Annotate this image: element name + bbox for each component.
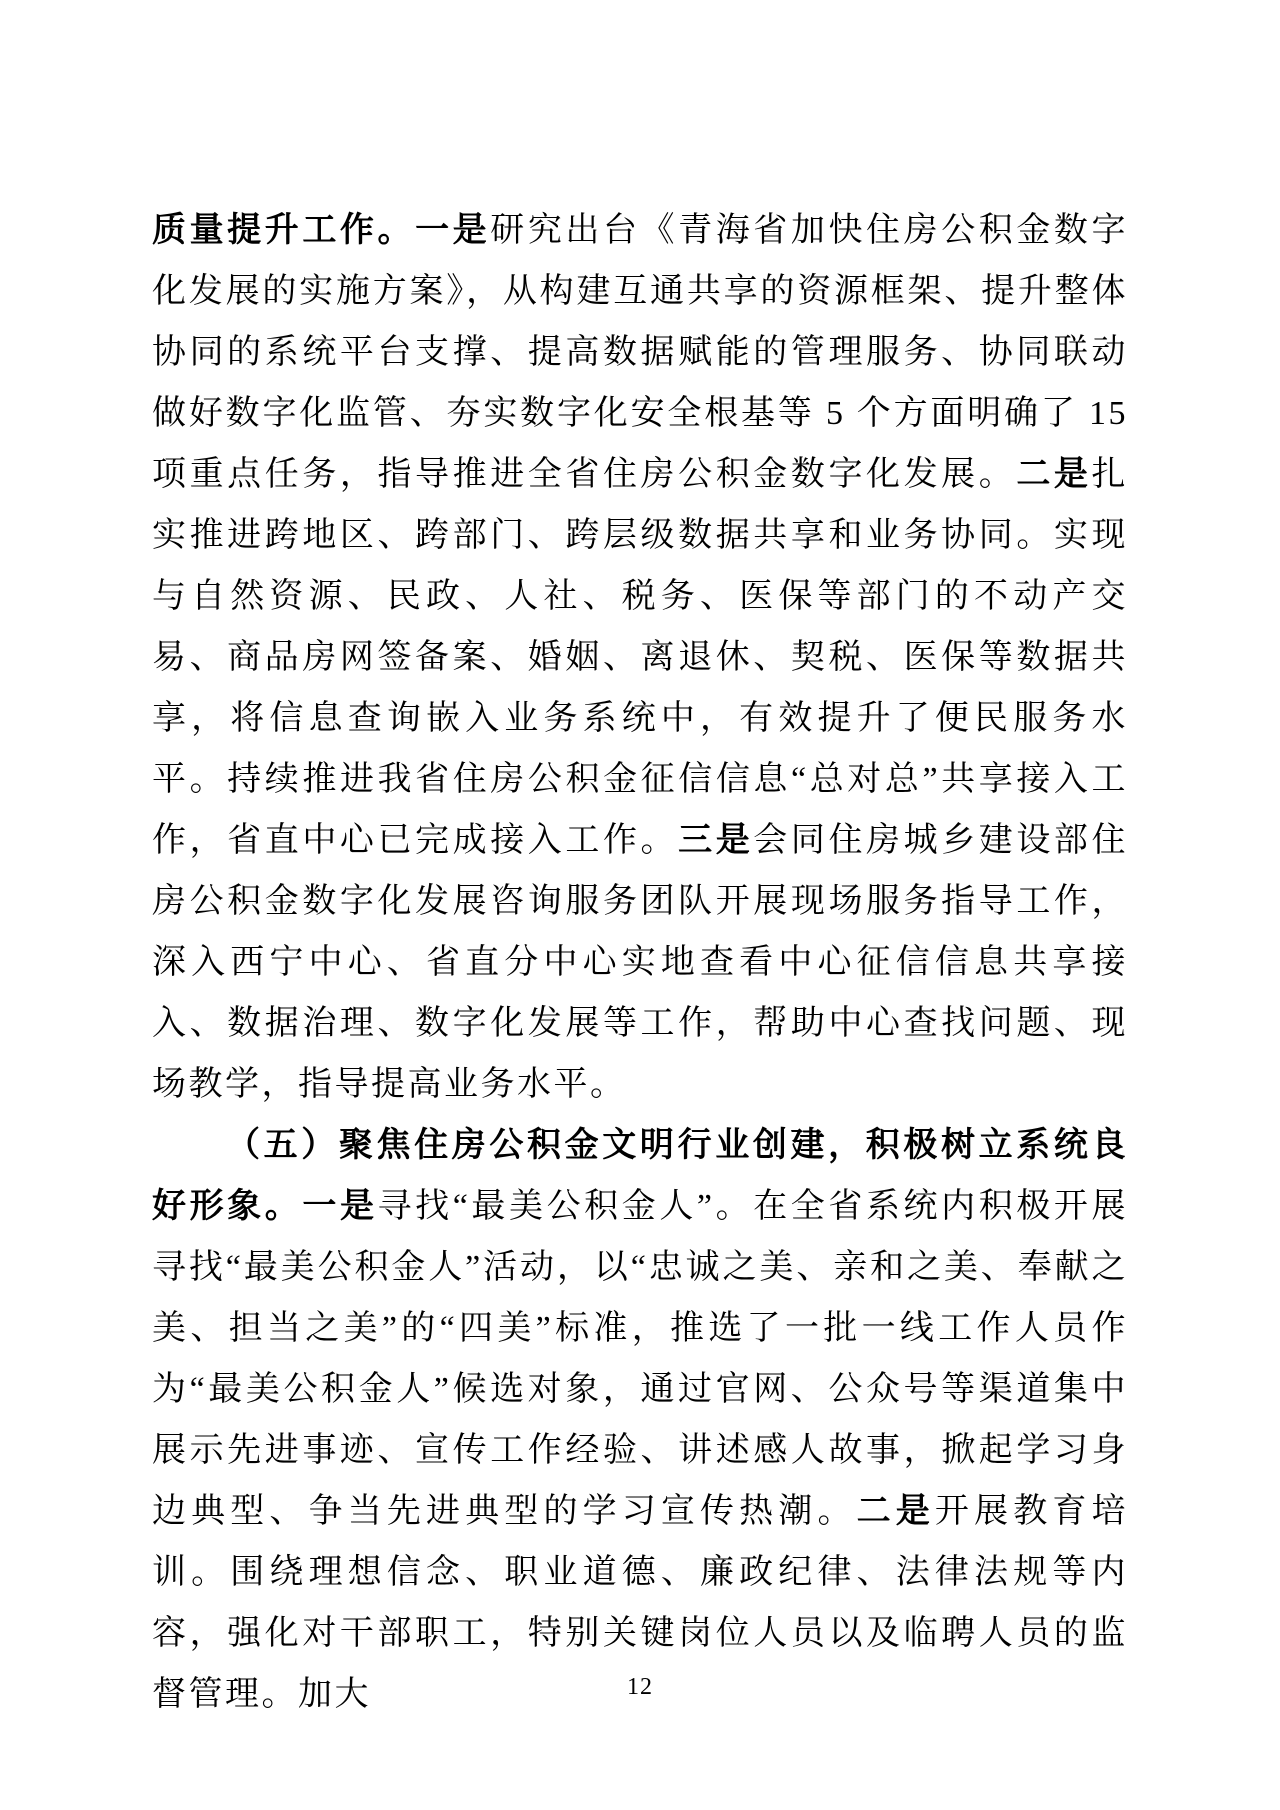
text-run: 会同住房城乡建设部住房公积金数字化发展咨询服务团队开展现场服务指导工作，深入西宁…: [152, 822, 1128, 1103]
text-run: 扎实推进跨地区、跨部门、跨层级数据共享和业务协同。实现与自然资源、民政、人社、税…: [152, 456, 1128, 859]
paragraph: 质量提升工作。一是研究出台《青海省加快住房公积金数字化发展的实施方案》，从构建互…: [152, 200, 1128, 1115]
page-footer: 12: [152, 1672, 1128, 1702]
text-run: 寻找“最美公积金人”。在全省系统内积极开展寻找“最美公积金人”活动，以“忠诚之美…: [152, 1188, 1128, 1530]
text-run: 研究出台《青海省加快住房公积金数字化发展的实施方案》，从构建互通共享的资源框架、…: [152, 212, 1128, 493]
bold-text-run: 二是: [857, 1493, 935, 1530]
paragraph: （五）聚焦住房公积金文明行业创建，积极树立系统良好形象。一是寻找“最美公积金人”…: [152, 1115, 1128, 1725]
bold-text-run: 一是: [415, 212, 490, 249]
bold-text-run: 二是: [1016, 456, 1091, 493]
bold-text-run: 一是: [302, 1188, 377, 1225]
document-page: 质量提升工作。一是研究出台《青海省加快住房公积金数字化发展的实施方案》，从构建互…: [0, 0, 1280, 1810]
document-body: 质量提升工作。一是研究出台《青海省加快住房公积金数字化发展的实施方案》，从构建互…: [152, 200, 1128, 1725]
bold-text-run: 三是: [678, 822, 753, 859]
bold-text-run: 质量提升工作。: [152, 212, 415, 249]
page-number: 12: [627, 1674, 653, 1700]
